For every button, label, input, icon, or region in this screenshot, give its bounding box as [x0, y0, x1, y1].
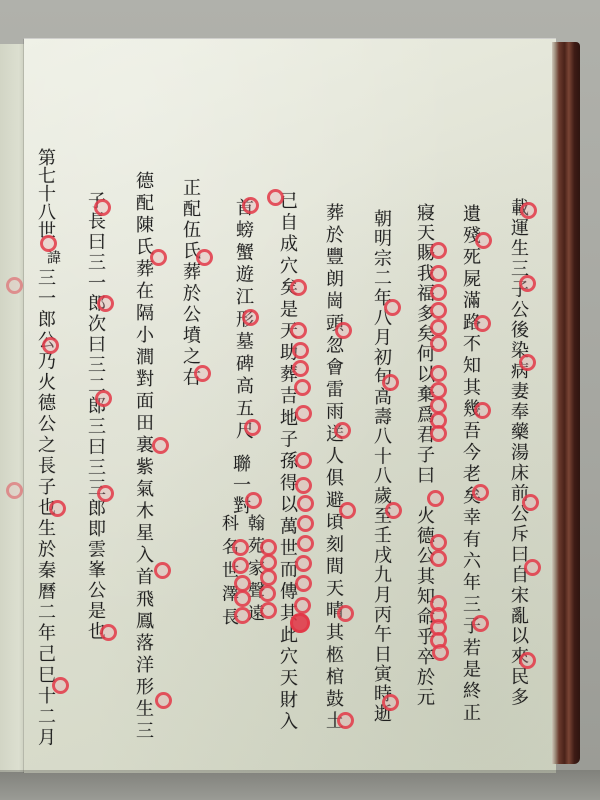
generation-heading: 第七十八世 — [36, 148, 54, 239]
red-circle-mark — [295, 555, 312, 572]
red-circle-mark — [152, 437, 169, 454]
red-circle-mark — [295, 575, 312, 592]
red-circle-mark — [519, 275, 536, 292]
red-circle-mark — [297, 495, 314, 512]
red-circle-mark — [267, 189, 284, 206]
red-circle-mark — [97, 485, 114, 502]
red-circle-mark — [382, 694, 399, 711]
red-circle-mark — [234, 607, 251, 624]
underlying-page-edge — [0, 44, 27, 772]
red-circle-mark — [337, 605, 354, 622]
red-circle-mark — [292, 360, 309, 377]
red-circle-mark — [522, 494, 539, 511]
name-taboo-marker: 諱 — [46, 250, 60, 264]
red-circle-mark — [430, 365, 447, 382]
red-circle-mark — [40, 235, 57, 252]
red-circle-mark — [430, 397, 447, 414]
text-column-2: 遺殘死屍滿路不知其幾吾今老矣幸有六年三子若是終正 — [461, 204, 479, 725]
red-circle-mark — [335, 322, 352, 339]
red-circle-mark — [474, 315, 491, 332]
red-circle-mark — [339, 502, 356, 519]
red-circle-mark — [430, 534, 447, 551]
table-shadow — [0, 770, 600, 800]
red-circle-mark — [334, 422, 351, 439]
red-circle-mark — [52, 677, 69, 694]
red-circle-mark — [234, 590, 251, 607]
red-circle-mark — [194, 365, 211, 382]
red-circle-mark — [97, 295, 114, 312]
red-circle-mark — [430, 319, 447, 336]
red-circle-mark — [155, 692, 172, 709]
red-circle-mark — [295, 452, 312, 469]
red-circle-mark — [6, 482, 23, 499]
red-circle-mark — [290, 322, 307, 339]
red-circle-mark — [150, 249, 167, 266]
red-circle-mark — [524, 559, 541, 576]
text-column-4: 朝明宗二年八月初旬高壽八十八歲至壬戌九月丙午日寅時逝 — [372, 209, 390, 724]
red-circle-mark — [94, 199, 111, 216]
red-circle-mark — [232, 557, 249, 574]
text-column-3: 寢天賜我福多矣何以棄爲君子曰 火德公其知命乎卒於元 — [415, 203, 433, 708]
red-circle-mark — [49, 500, 66, 517]
red-circle-mark — [475, 232, 492, 249]
red-circle-mark — [242, 309, 259, 326]
red-circle-mark — [295, 405, 312, 422]
red-circle-mark — [234, 575, 251, 592]
red-circle-mark — [385, 502, 402, 519]
red-circle-mark — [290, 279, 307, 296]
red-circle-mark — [100, 624, 117, 641]
red-circle-mark — [6, 277, 23, 294]
red-circle-mark — [294, 379, 311, 396]
text-column-6: 已自成穴矣是天助葬吉地子孫得以萬世而傳其此穴天財入 — [278, 191, 296, 734]
red-circle-mark — [290, 613, 310, 633]
red-circle-mark — [232, 539, 249, 556]
red-circle-mark — [382, 374, 399, 391]
red-circle-mark — [519, 354, 536, 371]
red-circle-mark — [260, 539, 277, 556]
red-circle-mark — [42, 337, 59, 354]
red-circle-mark — [294, 597, 311, 614]
red-circle-mark — [295, 477, 312, 494]
manuscript-photo: 載運生三子公後染病妻奉藥湯床前公斥曰自宋亂以來民多 遺殘死屍滿路不知其幾吾今老矣… — [0, 0, 600, 800]
red-circle-mark — [95, 390, 112, 407]
red-circle-mark — [472, 615, 489, 632]
red-circle-mark — [196, 249, 213, 266]
red-circle-mark — [154, 562, 171, 579]
red-circle-mark — [245, 492, 262, 509]
red-circle-mark — [430, 284, 447, 301]
text-column-10: 子長曰三一郎次曰三二郎三曰三三郎即雲峯公是也 — [86, 191, 104, 642]
red-circle-mark — [297, 515, 314, 532]
red-circle-mark — [244, 419, 261, 436]
red-circle-mark — [297, 535, 314, 552]
book-fore-edge — [552, 42, 580, 764]
red-circle-mark — [430, 425, 447, 442]
red-circle-mark — [260, 569, 277, 586]
red-circle-mark — [260, 602, 277, 619]
red-circle-mark — [427, 490, 444, 507]
red-circle-mark — [432, 644, 449, 661]
red-circle-mark — [259, 585, 276, 602]
text-column-8: 正配伍氏葬於公墳之右 — [181, 178, 199, 389]
red-circle-mark — [337, 712, 354, 729]
red-circle-mark — [430, 265, 447, 282]
red-circle-mark — [260, 554, 277, 571]
red-circle-mark — [242, 197, 259, 214]
red-circle-mark — [292, 342, 309, 359]
red-circle-mark — [474, 402, 491, 419]
red-circle-mark — [384, 299, 401, 316]
red-circle-mark — [430, 335, 447, 352]
red-circle-mark — [430, 382, 447, 399]
red-circle-mark — [430, 242, 447, 259]
red-circle-mark — [519, 652, 536, 669]
red-circle-mark — [430, 302, 447, 319]
red-circle-mark — [472, 484, 489, 501]
red-circle-mark — [430, 550, 447, 567]
couplet-label: 聯一對 — [231, 454, 249, 517]
text-column-5: 葬於豐朗崗頭忽會雷雨送人俱避頃刻間天晴其柩棺鼓土 — [324, 203, 342, 733]
red-circle-mark — [520, 202, 537, 219]
